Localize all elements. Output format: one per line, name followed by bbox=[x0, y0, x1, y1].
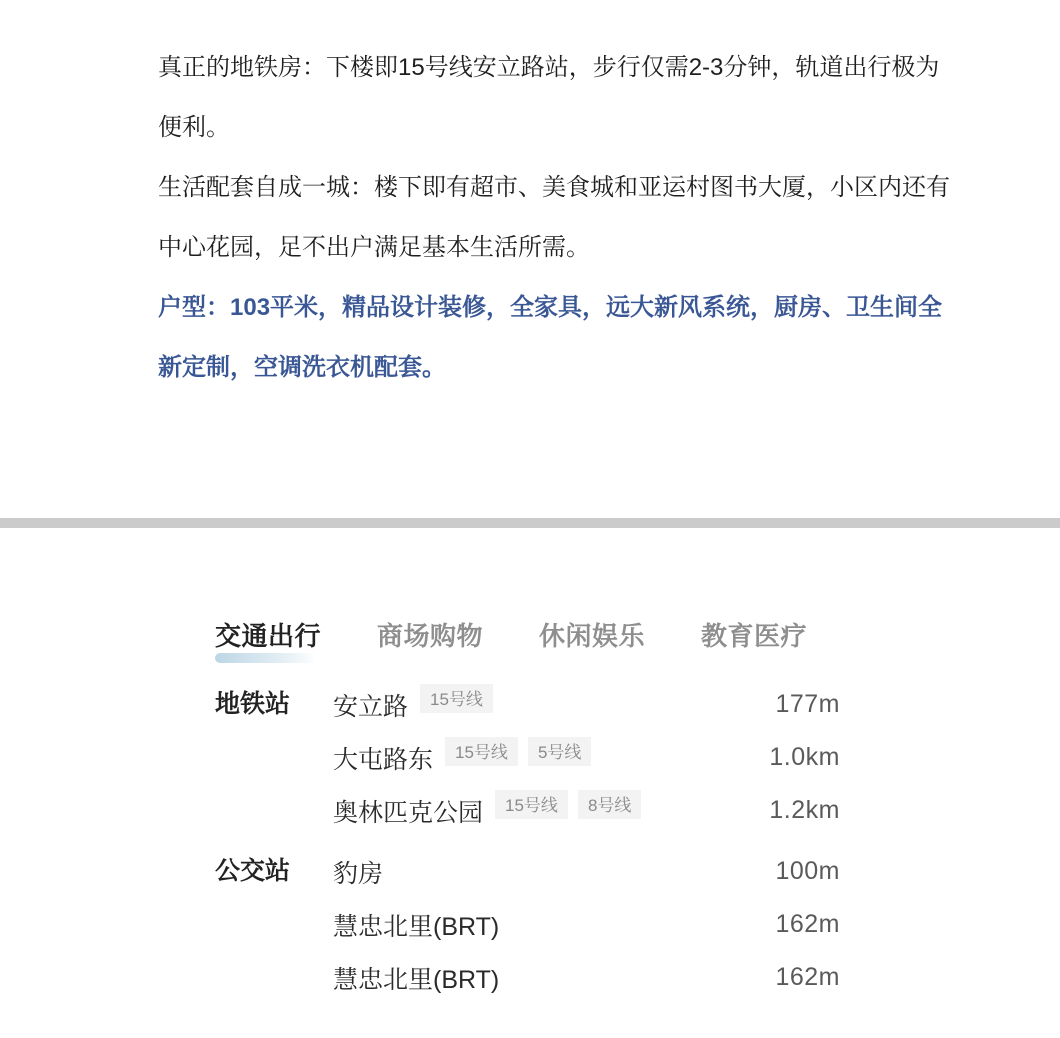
distance: 1.0km bbox=[769, 743, 840, 772]
distance: 177m bbox=[775, 690, 840, 719]
station-name: 安立路 bbox=[333, 687, 408, 723]
tab-shopping[interactable]: 商场购物 bbox=[377, 616, 483, 653]
subway-group: 地铁站 安立路 15号线 177m 大屯路东 15号线 5号线 1.0km 奥林… bbox=[215, 678, 840, 837]
tab-transport[interactable]: 交通出行 bbox=[215, 616, 321, 653]
tab-leisure[interactable]: 休闲娱乐 bbox=[539, 616, 645, 653]
list-item[interactable]: 安立路 15号线 177m bbox=[333, 678, 840, 731]
line-badge: 5号线 bbox=[528, 737, 591, 766]
station-name: 奥林匹克公园 bbox=[333, 793, 483, 829]
line-badge: 15号线 bbox=[495, 790, 568, 819]
bus-group: 公交站 豹房 100m 慧忠北里(BRT) 162m 慧忠北里(BRT) 162… bbox=[215, 845, 840, 1004]
station-name: 大屯路东 bbox=[333, 740, 433, 776]
group-label-subway: 地铁站 bbox=[215, 678, 333, 837]
paragraph-subway: 真正的地铁房：下楼即15号线安立路站，步行仅需2-3分钟，轨道出行极为便利。 bbox=[158, 38, 958, 158]
station-name: 慧忠北里(BRT) bbox=[333, 907, 499, 943]
paragraph-layout: 户型：103平米，精品设计装修，全家具，远大新风系统，厨房、卫生间全新定制，空调… bbox=[158, 278, 958, 398]
list-item[interactable]: 奥林匹克公园 15号线 8号线 1.2km bbox=[333, 784, 840, 837]
line-badge: 15号线 bbox=[420, 684, 493, 713]
distance: 1.2km bbox=[769, 796, 840, 825]
nearby-facilities-panel: 交通出行 商场购物 休闲娱乐 教育医疗 地铁站 安立路 15号线 177m 大屯… bbox=[215, 606, 840, 1004]
station-name: 慧忠北里(BRT) bbox=[333, 960, 499, 996]
list-item[interactable]: 豹房 100m bbox=[333, 845, 840, 898]
group-label-bus: 公交站 bbox=[215, 845, 333, 1004]
category-tabs: 交通出行 商场购物 休闲娱乐 教育医疗 bbox=[215, 606, 840, 662]
line-badge: 15号线 bbox=[445, 737, 518, 766]
paragraph-amenities: 生活配套自成一城：楼下即有超市、美食城和亚运村图书大厦，小区内还有中心花园，足不… bbox=[158, 158, 958, 278]
tab-education-medical[interactable]: 教育医疗 bbox=[701, 616, 807, 653]
distance: 162m bbox=[775, 910, 840, 939]
list-item[interactable]: 慧忠北里(BRT) 162m bbox=[333, 898, 840, 951]
distance: 162m bbox=[775, 963, 840, 992]
distance: 100m bbox=[775, 857, 840, 886]
list-item[interactable]: 慧忠北里(BRT) 162m bbox=[333, 951, 840, 1004]
section-divider bbox=[0, 518, 1060, 528]
listing-description: 真正的地铁房：下楼即15号线安立路站，步行仅需2-3分钟，轨道出行极为便利。 生… bbox=[158, 38, 958, 398]
list-item[interactable]: 大屯路东 15号线 5号线 1.0km bbox=[333, 731, 840, 784]
line-badge: 8号线 bbox=[578, 790, 641, 819]
station-name: 豹房 bbox=[333, 854, 383, 890]
